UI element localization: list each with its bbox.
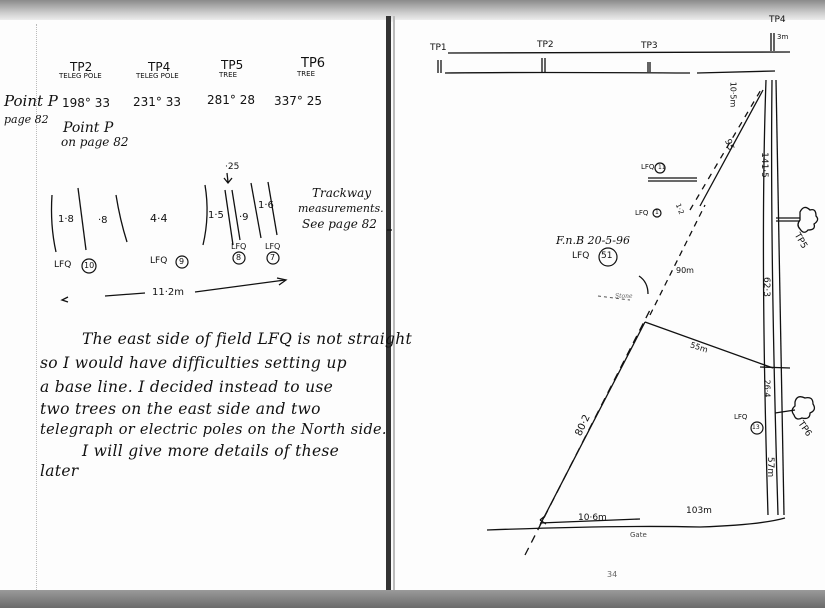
field-number-51: 51 [601, 251, 612, 261]
field-number-13: 13 [752, 424, 760, 431]
pole-label-tp2: TP2 [537, 40, 554, 50]
pole-label-tp4: TP4 [769, 15, 786, 25]
gate-symbol: Gate [630, 531, 647, 539]
distance-right-lower2: 57m [765, 457, 775, 477]
field-label-lfq11: LFQ [641, 163, 654, 171]
distance-right-upper: 141·5 [759, 152, 769, 178]
distance-right-mid: 62·3 [761, 277, 771, 297]
field-number-11: 11 [658, 164, 666, 171]
page-number: 34 [607, 570, 617, 579]
field-survey-map [0, 0, 825, 608]
distance-right-lower1: 26·4 [762, 380, 771, 398]
distance-bottom-left: 10·6m [578, 513, 607, 523]
field-label-lfq51: LFQ [572, 251, 589, 261]
pole-label-tp3: TP3 [641, 41, 658, 51]
field-note-date: F.n.B 20-5-96 [556, 234, 630, 247]
distance-bottom-right: 103m [686, 506, 712, 516]
pole-label-tp1: TP1 [430, 43, 447, 53]
field-label-lfq1: LFQ [635, 209, 648, 217]
distance-diag-mid: 90m [676, 266, 694, 275]
stone-label: Stone [615, 293, 633, 300]
tp4-offset: 3m [777, 33, 788, 41]
field-number-1: 1 [655, 209, 659, 216]
distance-top-offset: 10·5m [728, 82, 737, 108]
field-label-lfq13: LFQ [734, 413, 747, 421]
